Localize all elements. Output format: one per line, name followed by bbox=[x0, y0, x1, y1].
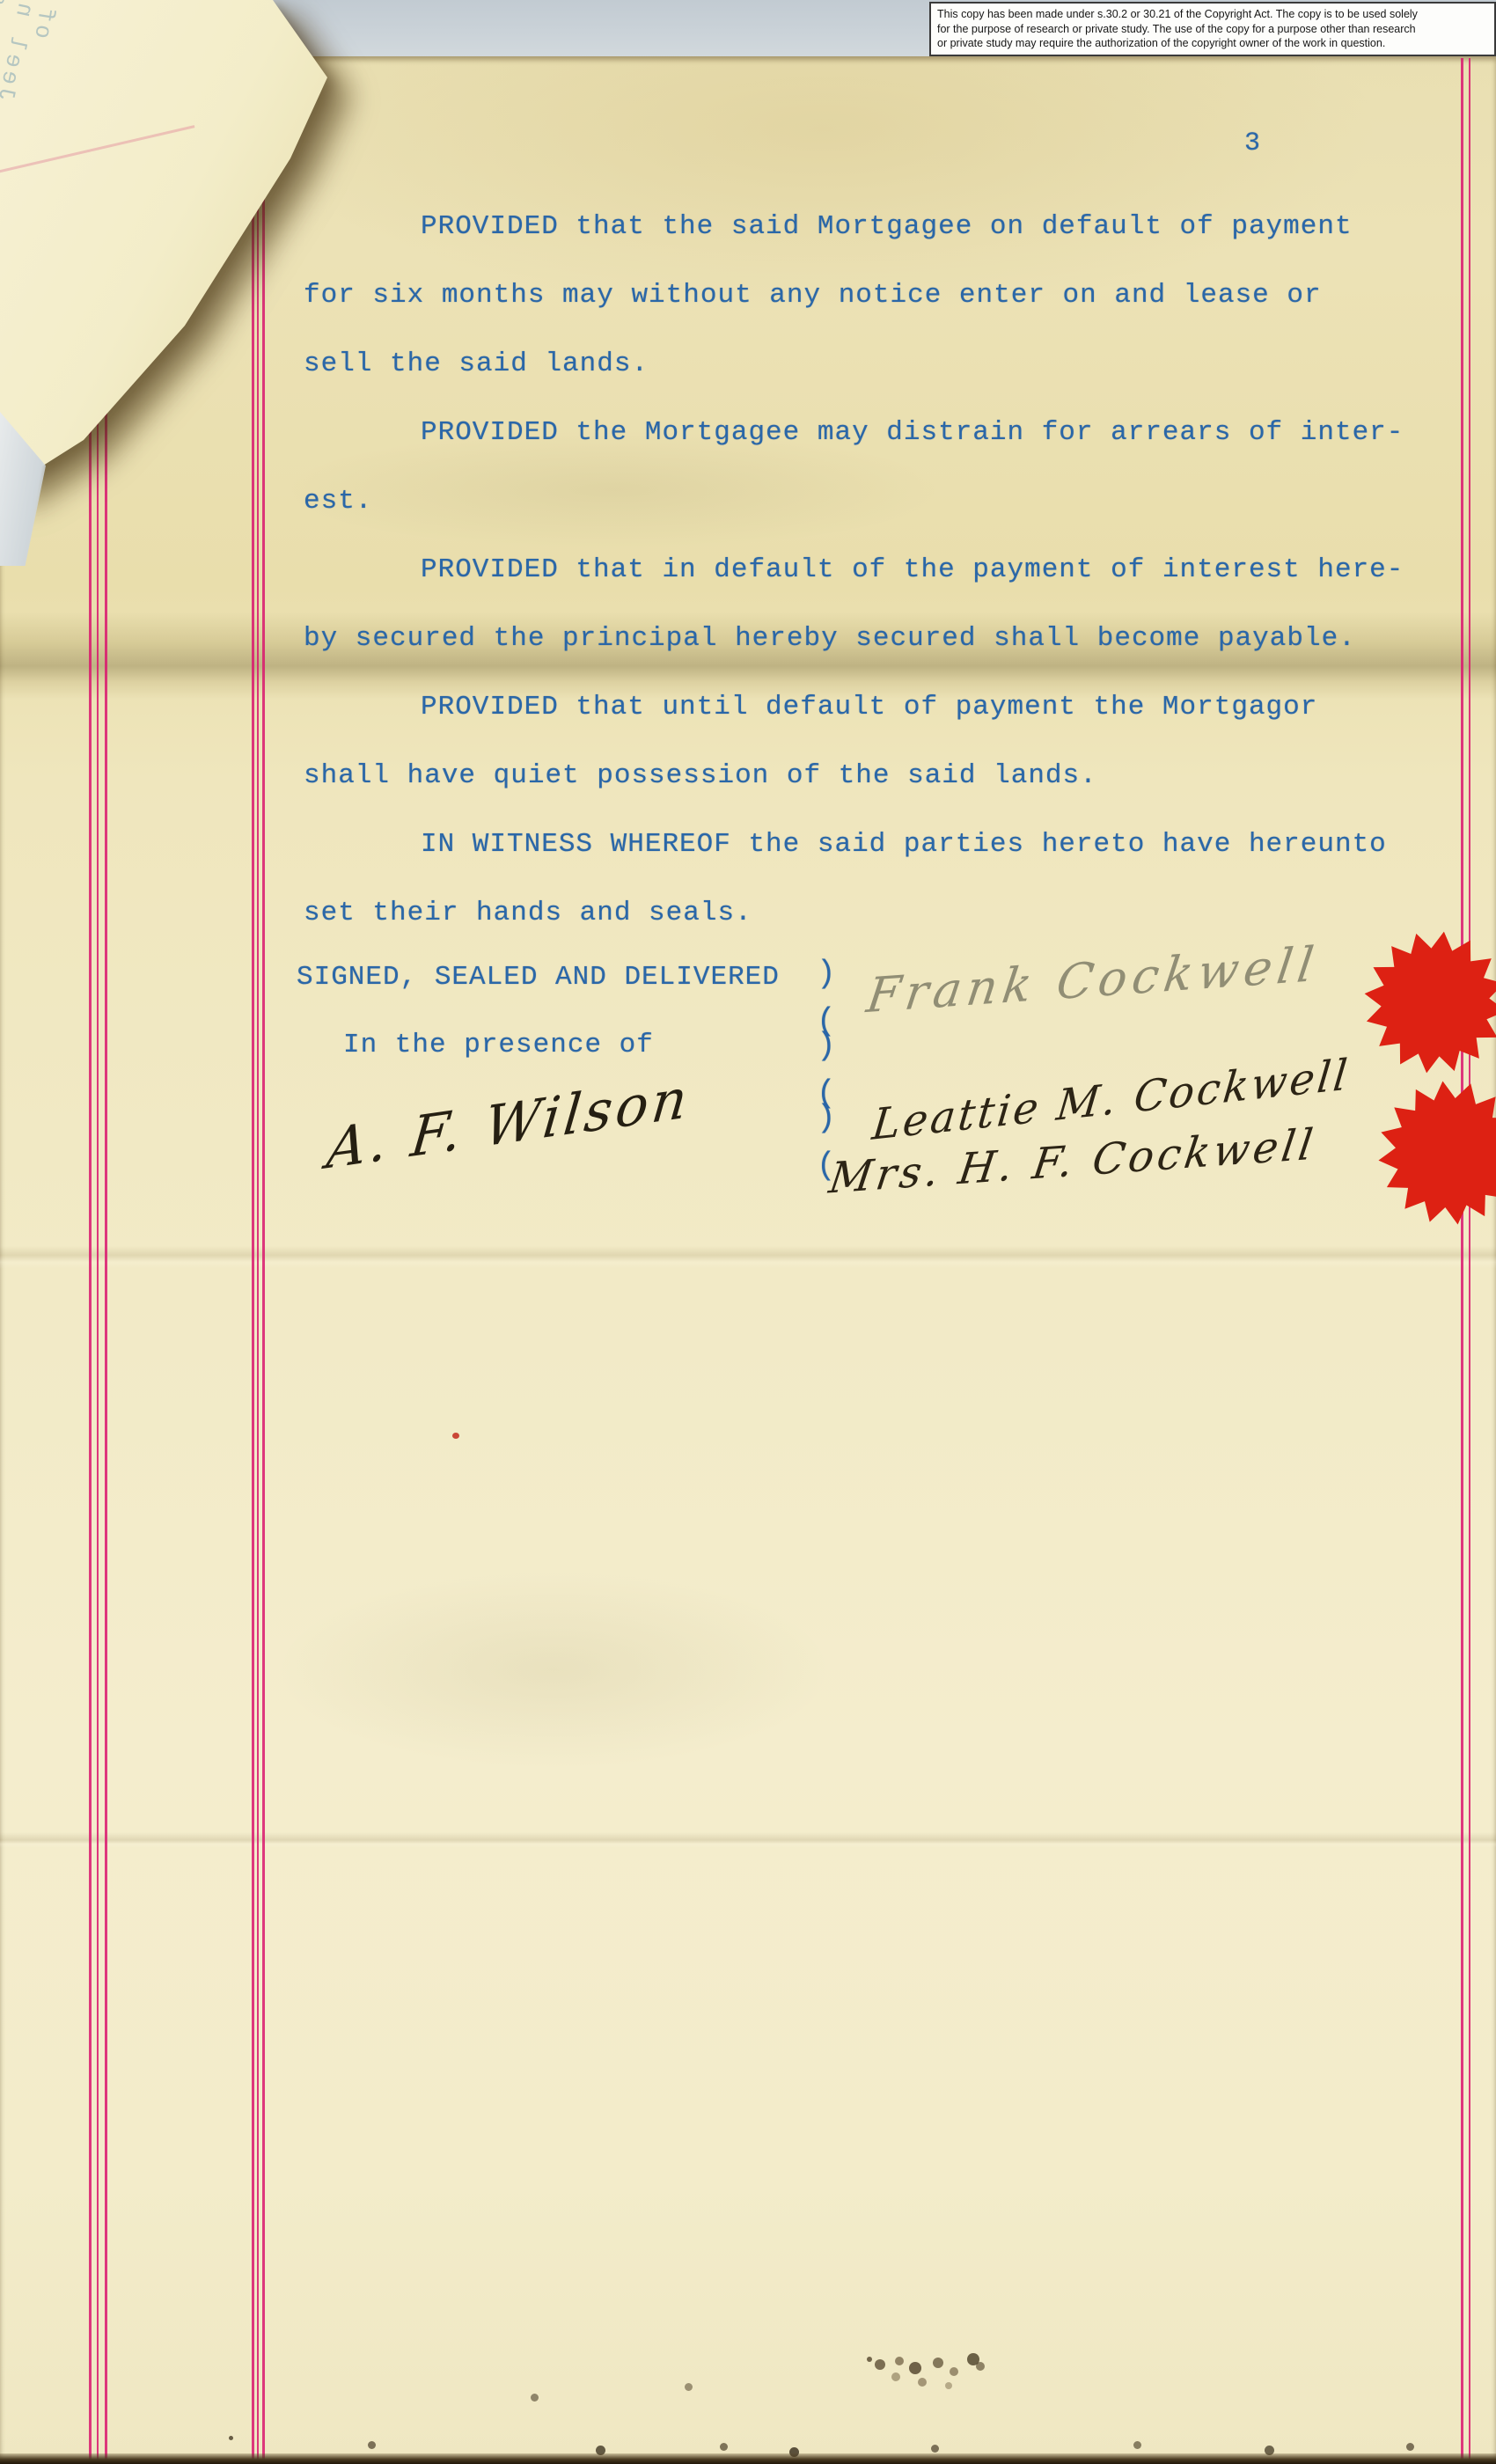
copyright-notice: This copy has been made under s.30.2 or … bbox=[929, 2, 1496, 56]
typewritten-line: sell the said lands. bbox=[304, 348, 1412, 417]
typewritten-line: PROVIDED that the said Mortgagee on defa… bbox=[304, 211, 1412, 280]
document-scan: 3 PROVIDED that the said Mortgagee on de… bbox=[0, 0, 1496, 2464]
typed-bracket: ) bbox=[817, 1100, 836, 1136]
page-bottom-edge bbox=[0, 2453, 1496, 2464]
typewritten-line: PROVIDED the Mortgagee may distrain for … bbox=[304, 417, 1412, 486]
typewritten-line: PROVIDED that in default of the payment … bbox=[304, 554, 1412, 623]
red-seal-star bbox=[1371, 1074, 1496, 1232]
typewritten-body: PROVIDED that the said Mortgagee on defa… bbox=[304, 211, 1412, 966]
red-seal-star bbox=[1356, 923, 1496, 1082]
folded-corner-wrapper: PROof Sevenset toJeel n bbox=[0, 0, 370, 528]
red-seal bbox=[1356, 923, 1496, 1082]
typewritten-line: IN WITNESS WHEREOF the said parties here… bbox=[304, 829, 1412, 898]
typewritten-line: est. bbox=[304, 486, 1412, 554]
margin-ruling-line bbox=[1469, 58, 1470, 2464]
folded-corner-flap: PROof Sevenset toJeel n bbox=[0, 0, 370, 528]
in-presence-of-label: In the presence of bbox=[343, 1030, 654, 1060]
copyright-notice-line: or private study may require the authori… bbox=[937, 36, 1488, 51]
typewritten-line: PROVIDED that until default of payment t… bbox=[304, 692, 1412, 760]
show-through-ruling bbox=[0, 125, 194, 173]
page-number: 3 bbox=[1244, 128, 1260, 158]
show-through-text: Jeel n bbox=[0, 0, 39, 104]
margin-ruling-line bbox=[1461, 58, 1463, 2464]
typed-bracket: ) bbox=[817, 956, 836, 992]
red-seal bbox=[1371, 1074, 1496, 1232]
copyright-notice-line: for the purpose of research or private s… bbox=[937, 22, 1488, 37]
ink-smudge bbox=[867, 2357, 872, 2362]
typewritten-line: by secured the principal hereby secured … bbox=[304, 623, 1412, 692]
typewritten-line: shall have quiet possession of the said … bbox=[304, 760, 1412, 829]
red-ink-dot bbox=[452, 1433, 459, 1439]
typed-bracket: ) bbox=[817, 1028, 836, 1064]
ink-specks bbox=[229, 2436, 233, 2440]
typewritten-line: for six months may without any notice en… bbox=[304, 280, 1412, 348]
copyright-notice-line: This copy has been made under s.30.2 or … bbox=[937, 7, 1488, 22]
bracket-column: )()()( bbox=[817, 0, 852, 1232]
signed-sealed-delivered-label: SIGNED, SEALED AND DELIVERED bbox=[297, 962, 780, 993]
